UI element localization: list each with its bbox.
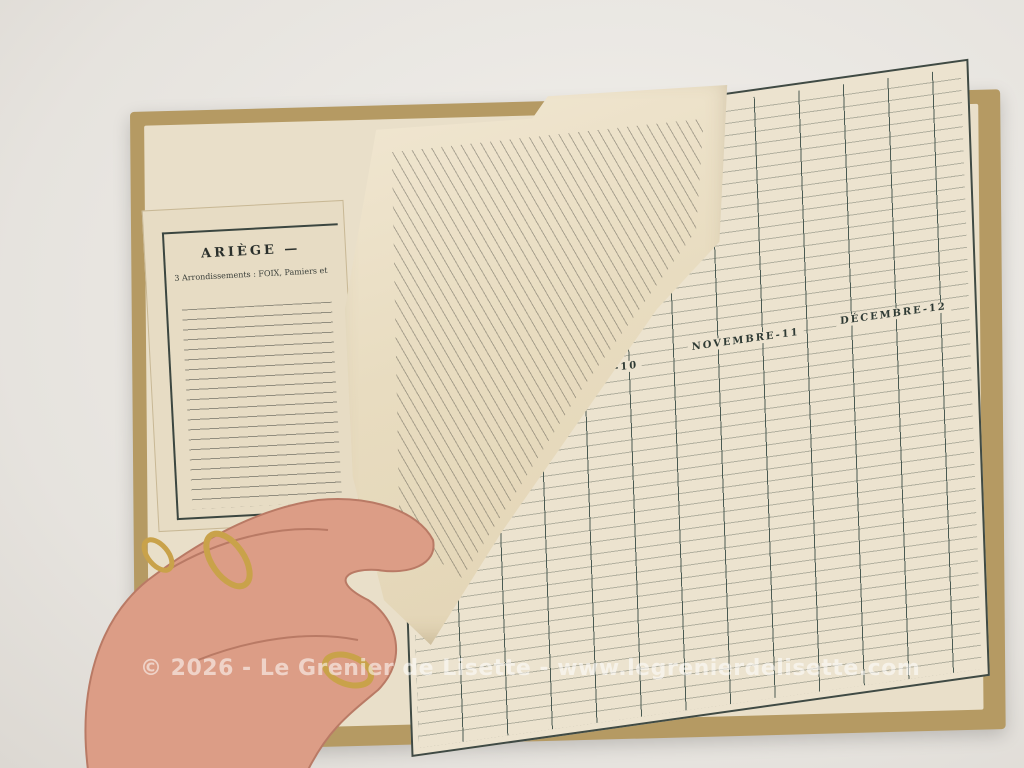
- hand: [78, 470, 438, 768]
- photo-scene: OCTOBRE-10 NOVEMBRE-11 DÉCEMBRE-12 ARIÈG…: [0, 0, 1024, 768]
- copyright-watermark: © 2026 - Le Grenier de Lisette - www.leg…: [140, 656, 920, 681]
